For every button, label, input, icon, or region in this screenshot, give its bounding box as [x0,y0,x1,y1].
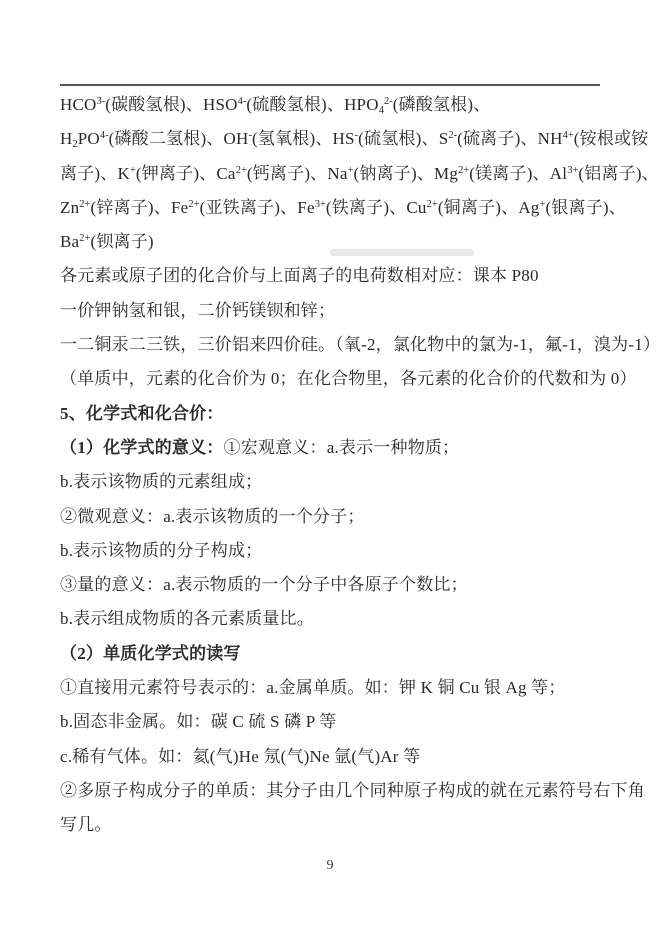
document-body: HCO3-(碳酸氢根)、HSO4-(硫酸氢根)、HPO42-(磷酸氢根)、H2P… [60,88,608,843]
text-line: b.表示该物质的元素组成； [60,465,608,499]
header-separator-rule [60,84,600,86]
text-run: 2+ [79,233,90,244]
text-run: 4- [100,130,109,141]
text-line: ②微观意义：a.表示该物质的一个分子； [60,500,608,534]
text-run: 3+ [567,165,578,176]
text-run: 写几。 [60,815,112,834]
text-run: (氢氧根)、HS [252,129,355,148]
text-run: （单质中，元素的化合价为 0；在化合物里，各元素的化合价的代数和为 0） [60,369,637,388]
text-run: (镁离子)、Al [469,164,567,183]
text-run: (锌离子)、Fe [90,198,188,217]
text-run: (硫酸氢根)、HPO [246,95,378,114]
text-run: (磷酸氢根)、 [393,95,491,114]
text-line: 一二铜汞二三铁，三价铝来四价硅。（氧-2，氯化物中的氯为-1，氟-1，溴为-1） [60,328,608,362]
text-line: 各元素或原子团的化合价与上面离子的电荷数相对应：课本 P80 [60,259,608,293]
text-line: （2）单质化学式的读写 [60,637,608,671]
text-run: b.表示该物质的元素组成； [60,472,262,491]
text-run: b.表示组成物质的各元素质量比。 [60,609,314,628]
text-run: 5、化学式和化合价： [60,404,224,423]
text-run: 各元素或原子团的化合价与上面离子的电荷数相对应：课本 P80 [60,266,539,285]
text-run: Ba [60,232,79,251]
text-run: ①直接用元素符号表示的：a.金属单质。如：钾 K 铜 Cu 银 Ag 等； [60,678,566,697]
text-run: ①宏观意义：a.表示一种物质； [224,438,460,457]
text-run: 离子)、K [60,164,130,183]
page-number: 9 [0,858,660,874]
text-run: (钙离子)、Na [247,164,348,183]
text-line: 离子)、K+(钾离子)、Ca2+(钙离子)、Na+(钠离子)、Mg2+(镁离子)… [60,157,608,191]
text-line: Zn2+(锌离子)、Fe2+(亚铁离子)、Fe3+(铁离子)、Cu2+(铜离子)… [60,191,608,225]
text-run: ③量的意义：a.表示物质的一个分子中各原子个数比； [60,575,468,594]
text-run: 4+ [563,130,574,141]
text-run: (磷酸二氢根)、OH [109,129,249,148]
text-run: （1）化学式的意义： [60,438,224,457]
text-run: （2）单质化学式的读写 [60,644,241,663]
text-run: (铜离子)、Ag [438,198,540,217]
text-run: 2- [384,96,393,107]
text-line: （单质中，元素的化合价为 0；在化合物里，各元素的化合价的代数和为 0） [60,362,608,396]
text-run: c.稀有气体。如：氦(气)He 氖(气)Ne 氩(气)Ar 等 [60,747,420,766]
text-line: b.固态非金属。如：碳 C 硫 S 磷 P 等 [60,705,608,739]
text-run: 2+ [79,199,90,210]
text-run: ②微观意义：a.表示该物质的一个分子； [60,507,365,526]
text-run: HCO [60,95,97,114]
text-run: (铵根或铵 [574,129,649,148]
text-line: （1）化学式的意义：①宏观意义：a.表示一种物质； [60,431,608,465]
text-line: 5、化学式和化合价： [60,397,608,431]
document-page: HCO3-(碳酸氢根)、HSO4-(硫酸氢根)、HPO42-(磷酸氢根)、H2P… [0,0,660,933]
text-line: 一价钾钠氢和银，二价钙镁钡和锌； [60,294,608,328]
text-run: (碳酸氢根)、HSO [105,95,237,114]
text-run: PO [78,129,100,148]
text-run: Zn [60,198,79,217]
text-line: b.表示该物质的分子构成； [60,534,608,568]
text-run: 一二铜汞二三铁，三价铝来四价硅。（氧-2，氯化物中的氯为-1，氟-1，溴为-1） [60,335,660,354]
text-run: b.固态非金属。如：碳 C 硫 S 磷 P 等 [60,712,336,731]
text-line: ②多原子构成分子的单质：其分子由几个同种原子构成的就在元素符号右下角 [60,774,608,808]
text-run: 2+ [236,165,247,176]
text-run: (钾离子)、Ca [136,164,236,183]
text-line: Ba2+(钡离子) [60,225,608,259]
text-run: (硫氢根)、S [358,129,448,148]
text-run: (硫离子)、NH [457,129,562,148]
text-run: ②多原子构成分子的单质：其分子由几个同种原子构成的就在元素符号右下角 [60,781,645,800]
text-run: H [60,129,72,148]
text-run: 3+ [315,199,326,210]
text-line: ①直接用元素符号表示的：a.金属单质。如：钾 K 铜 Cu 银 Ag 等； [60,671,608,705]
text-run: 2+ [458,165,469,176]
text-line: H2PO4-(磷酸二氢根)、OH-(氢氧根)、HS-(硫氢根)、S2-(硫离子)… [60,122,608,156]
text-run: 2- [448,130,457,141]
text-run: 一价钾钠氢和银，二价钙镁钡和锌； [60,301,335,320]
text-line: ③量的意义：a.表示物质的一个分子中各原子个数比； [60,568,608,602]
text-run: (银离子)、 [545,198,626,217]
text-run: 3- [97,96,106,107]
text-run: (钠离子)、Mg [354,164,459,183]
text-line: 写几。 [60,808,608,842]
text-run: 2+ [188,199,199,210]
text-line: c.稀有气体。如：氦(气)He 氖(气)Ne 氩(气)Ar 等 [60,740,608,774]
text-run: (铁离子)、Cu [326,198,427,217]
text-line: HCO3-(碳酸氢根)、HSO4-(硫酸氢根)、HPO42-(磷酸氢根)、 [60,88,608,122]
text-run: b.表示该物质的分子构成； [60,541,262,560]
text-line: b.表示组成物质的各元素质量比。 [60,602,608,636]
text-run: (铝离子)、 [578,164,659,183]
text-run: 2+ [427,199,438,210]
text-run: (钡离子) [90,232,153,251]
text-run: (亚铁离子)、Fe [200,198,315,217]
